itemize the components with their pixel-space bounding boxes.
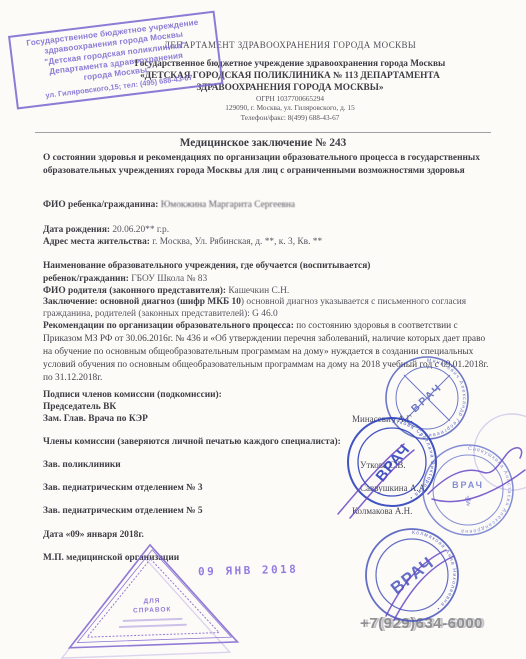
field-residence-value: г. Москва, Ул. Рябинская, д. **, к. 3, К…: [152, 237, 322, 247]
document-date: Дата «09» января 2018г.: [43, 529, 144, 542]
document-subtitle: О состоянии здоровья и рекомендациях по …: [43, 152, 490, 178]
field-conclusion: Заключение: основной диагноз (шифр МКБ 1…: [43, 297, 492, 321]
chairman-role-line2: Зам. Глав. Врача по КЭР: [43, 413, 148, 426]
field-residence: Адрес места жительства: г. Москва, Ул. Р…: [43, 236, 322, 249]
field-parent: ФИО родителя (законного представителя): …: [43, 285, 289, 298]
svg-text:Саввушкина Анастасия Александр: Саввушкина Анастасия Александровна: [460, 446, 512, 534]
field-school: Наименование образовательного учреждения…: [43, 260, 492, 286]
header-divider: [35, 132, 491, 133]
member-2-name: Саввушкина А.А.: [360, 482, 427, 495]
round-doctor-stamp-icon: Саввушкина Анастасия Александровна ВРАЧ …: [423, 445, 513, 535]
scanned-medical-certificate: ДЕПАРТАМЕНТ ЗДРАВООХРАНЕНИЯ ГОРОДА МОСКВ…: [0, 0, 526, 659]
org-ogrn: ОГРН 1037700665294: [90, 94, 490, 103]
org-phone: Телефон/факс: 8(499) 688-43-67: [90, 113, 490, 122]
member-1-title: Зав. поликлиники: [43, 459, 121, 472]
stamp-ring-name: Саввушкина Анастасия Александровна: [460, 446, 512, 534]
illegible-stamp-text-line: [119, 624, 187, 628]
chairman-role-line1: Председатель ВК: [43, 401, 116, 414]
date-ink-stamp: 09 ЯНВ 2018: [198, 563, 299, 579]
signature-stroke: [432, 470, 525, 502]
field-birth-date-value: 20.06.20** г.р.: [112, 225, 169, 235]
field-school-value: ГБОУ Школа № 83: [131, 274, 207, 284]
caduceus-icon: ⚕: [464, 494, 472, 510]
member-1-name: Уткова С.В.: [360, 459, 406, 472]
field-conclusion-label: Заключение: основной диагноз (шифр МКБ 1…: [43, 297, 241, 307]
field-child-name-label: ФИО ребенка/гражданина:: [43, 200, 158, 210]
illegible-stamp-text-line: [123, 618, 183, 622]
org-address: 129090, г. Москва, ул. Гиляровского, д. …: [90, 103, 490, 112]
field-school-label-line2: ребенок/гражданин:: [43, 274, 129, 284]
members-heading: Члены комиссии (заверяются личной печать…: [43, 436, 503, 449]
field-parent-label: ФИО родителя (законного представителя):: [43, 286, 226, 296]
triangle-stamp-line1: ДЛЯ: [143, 598, 160, 606]
document-title: Медицинское заключение № 243: [0, 137, 526, 149]
signature-stroke: [394, 556, 454, 620]
signature-stroke: [428, 448, 522, 494]
faint-partial-stamp-icon: [474, 414, 526, 490]
field-birth-date: Дата рождения: 20.06.20** г.р.: [43, 224, 169, 237]
field-recommendations-label: Рекомендации по организации образователь…: [43, 321, 294, 331]
member-2-title: Зав. педиатрическим отделением № 3: [43, 482, 203, 495]
field-recommendations: Рекомендации по организации образователь…: [43, 320, 493, 385]
member-3-name: Колмакова А.Н.: [352, 505, 412, 518]
triangle-stamp-line2: СПРАВОК: [133, 606, 172, 614]
phone-watermark: +7(929)634-6000: [360, 615, 483, 632]
field-parent-value: Кашечкин С.Н.: [228, 286, 289, 296]
field-residence-label: Адрес места жительства:: [43, 237, 150, 247]
stamp-center-word: ВРАЧ: [409, 381, 445, 415]
stamp-center-word: ВРАЧ: [452, 480, 484, 490]
stamp-ring-name: Колмакова Анна Николаевна •: [412, 530, 457, 612]
round-doctor-stamp-icon: Колмакова Анна Николаевна • ВРАЧ: [366, 529, 458, 621]
signature-stroke: [338, 444, 404, 514]
field-child-name-value: Юмокжина Маргарита Сергеевна: [161, 200, 295, 210]
field-birth-date-label: Дата рождения:: [43, 225, 110, 235]
chairman-name: Минасевич А.Г.: [352, 413, 413, 426]
seal-placeholder-label: М.П. медицинской организации: [43, 552, 179, 565]
field-school-label-line1: Наименование образовательного учреждения…: [43, 261, 370, 271]
field-child-name: ФИО ребенка/гражданина: Юмокжина Маргари…: [43, 199, 295, 212]
svg-text:Колмакова Анна Николаевна •: Колмакова Анна Николаевна •: [412, 530, 457, 612]
commission-heading: Подписи членов комиссии (подкомиссии):: [43, 389, 222, 402]
member-3-title: Зав. педиатрическим отделением № 5: [43, 505, 203, 518]
stamp-center-word: ВРАЧ: [387, 553, 437, 598]
signature-stroke: [386, 550, 446, 616]
